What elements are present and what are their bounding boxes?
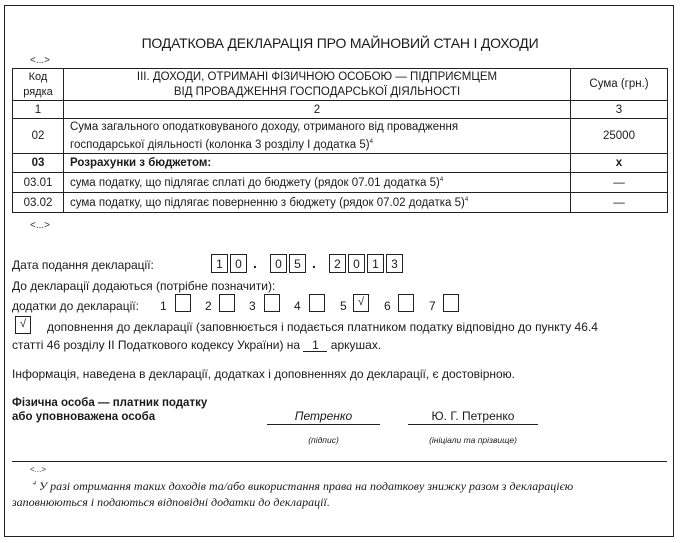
- omission-marker-middle: <...>: [30, 220, 50, 231]
- attachment-number: 2: [205, 299, 212, 313]
- column-number: 2: [64, 101, 571, 119]
- attachment-number: 5: [340, 299, 347, 313]
- date-digit-box[interactable]: 1: [367, 254, 384, 273]
- accuracy-statement: Інформація, наведена в декларації, додат…: [12, 367, 515, 381]
- attachment-6-checkbox[interactable]: [398, 294, 414, 312]
- column-number: 1: [13, 101, 64, 119]
- header-section: ІІІ. ДОХОДИ, ОТРИМАНІ ФІЗИЧНОЮ ОСОБОЮ — …: [64, 69, 571, 101]
- date-digit-box[interactable]: 0: [348, 254, 365, 273]
- attachments-label: додатки до декларації:: [12, 299, 139, 313]
- row-value: —: [571, 193, 668, 213]
- table-row: 03 Розрахунки з бюджетом: х: [13, 154, 668, 173]
- signer-name-caption: (ініціали та прізвище): [408, 435, 538, 445]
- row-description: Сума загального оподатковуваного доходу,…: [64, 119, 571, 154]
- column-number-row: 1 2 3: [13, 101, 668, 119]
- row-description-line1: Сума загального оподатковуваного доходу,…: [70, 121, 458, 133]
- date-digit-box[interactable]: 3: [386, 254, 403, 273]
- signer-role-line1: Фізична особа — платник податку: [12, 397, 207, 409]
- row-description-text: сума податку, що підлягає сплаті до бюдж…: [70, 177, 440, 189]
- supplement-sheets-field[interactable]: 1: [303, 339, 327, 352]
- row-value: х: [571, 154, 668, 173]
- attachment-7-checkbox[interactable]: [443, 294, 459, 312]
- attachment-3-checkbox[interactable]: [264, 294, 280, 312]
- row-code: 02: [13, 119, 64, 154]
- table-row: 03.02 сума податку, що підлягає повернен…: [13, 193, 668, 213]
- footnote-text-line1: У разі отримання таких доходів та/або ви…: [39, 479, 573, 493]
- submission-date-label: Дата подання декларації:: [12, 258, 154, 272]
- footnote-line2: заповнюються і подаються відповідні дода…: [12, 495, 330, 510]
- attachment-number: 7: [429, 299, 436, 313]
- row-description: сума податку, що підлягає сплаті до бюдж…: [64, 173, 571, 193]
- date-separator: .: [253, 255, 257, 271]
- date-digit-box[interactable]: 0: [270, 254, 287, 273]
- footnote-ref: 4: [465, 197, 468, 203]
- header-code: Код рядка: [13, 69, 64, 101]
- date-digit-box[interactable]: 1: [211, 254, 228, 273]
- date-digit-box[interactable]: 5: [289, 254, 306, 273]
- row-value: 25000: [571, 119, 668, 154]
- signature-caption: (підпис): [267, 435, 380, 445]
- header-section-line2: ВІД ПРОВАДЖЕННЯ ГОСПОДАРСЬКОЇ ДІЯЛЬНОСТІ: [174, 86, 460, 98]
- attachment-number: 3: [249, 299, 256, 313]
- attachment-number: 4: [294, 299, 301, 313]
- row-code: 03.02: [13, 193, 64, 213]
- header-code-line2: рядка: [23, 86, 53, 98]
- attachment-2-checkbox[interactable]: [219, 294, 235, 312]
- row-code: 03: [13, 154, 64, 173]
- row-description-line2: господарської діяльності (колонка 3 розд…: [70, 139, 370, 151]
- supplement-text-after: аркушах.: [331, 338, 381, 352]
- omission-marker-top: <...>: [30, 55, 50, 66]
- supplement-text-line2: статті 46 розділу ІІ Податкового кодексу…: [12, 338, 381, 352]
- row-value: —: [571, 173, 668, 193]
- column-number: 3: [571, 101, 668, 119]
- attachment-number: 1: [160, 299, 167, 313]
- footnote-ref: 4: [440, 177, 443, 183]
- signer-role-line2: або уповноважена особа: [12, 411, 155, 423]
- row-code: 03.01: [13, 173, 64, 193]
- attachments-intro: До декларації додаються (потрібне познач…: [12, 279, 275, 293]
- footnote-line1: 4 У разі отримання таких доходів та/або …: [33, 479, 573, 494]
- footnote-divider: [12, 461, 667, 462]
- attachment-1-checkbox[interactable]: [175, 294, 191, 312]
- attachment-4-checkbox[interactable]: [309, 294, 325, 312]
- attachment-5-checkbox[interactable]: √: [353, 294, 369, 312]
- date-digit-box[interactable]: 2: [329, 254, 346, 273]
- attachment-number: 6: [384, 299, 391, 313]
- document-title: ПОДАТКОВА ДЕКЛАРАЦІЯ ПРО МАЙНОВИЙ СТАН І…: [0, 35, 680, 51]
- signature-field[interactable]: Петренко: [267, 409, 380, 425]
- supplement-checkbox[interactable]: √: [15, 316, 31, 334]
- footnote-marker: 4: [33, 481, 36, 487]
- footnote-ref: 4: [370, 139, 373, 145]
- row-description: Розрахунки з бюджетом:: [64, 154, 571, 173]
- header-section-line1: ІІІ. ДОХОДИ, ОТРИМАНІ ФІЗИЧНОЮ ОСОБОЮ — …: [137, 71, 497, 83]
- table-row: 02 Сума загального оподатковуваного дохо…: [13, 119, 668, 154]
- row-description-text: сума податку, що підлягає поверненню з б…: [70, 197, 465, 209]
- header-sum: Сума (грн.): [571, 69, 668, 101]
- date-digit-box[interactable]: 0: [230, 254, 247, 273]
- omission-marker-footnote: <...>: [30, 465, 46, 474]
- income-table: Код рядка ІІІ. ДОХОДИ, ОТРИМАНІ ФІЗИЧНОЮ…: [12, 68, 668, 213]
- supplement-text-line1: доповнення до декларації (заповнюється і…: [47, 320, 598, 334]
- row-description: сума податку, що підлягає поверненню з б…: [64, 193, 571, 213]
- supplement-text-before: статті 46 розділу ІІ Податкового кодексу…: [12, 338, 300, 352]
- signer-name-field[interactable]: Ю. Г. Петренко: [408, 409, 538, 425]
- table-header-row: Код рядка ІІІ. ДОХОДИ, ОТРИМАНІ ФІЗИЧНОЮ…: [13, 69, 668, 101]
- date-separator: .: [312, 255, 316, 271]
- table-row: 03.01 сума податку, що підлягає сплаті д…: [13, 173, 668, 193]
- header-code-line1: Код: [29, 71, 48, 83]
